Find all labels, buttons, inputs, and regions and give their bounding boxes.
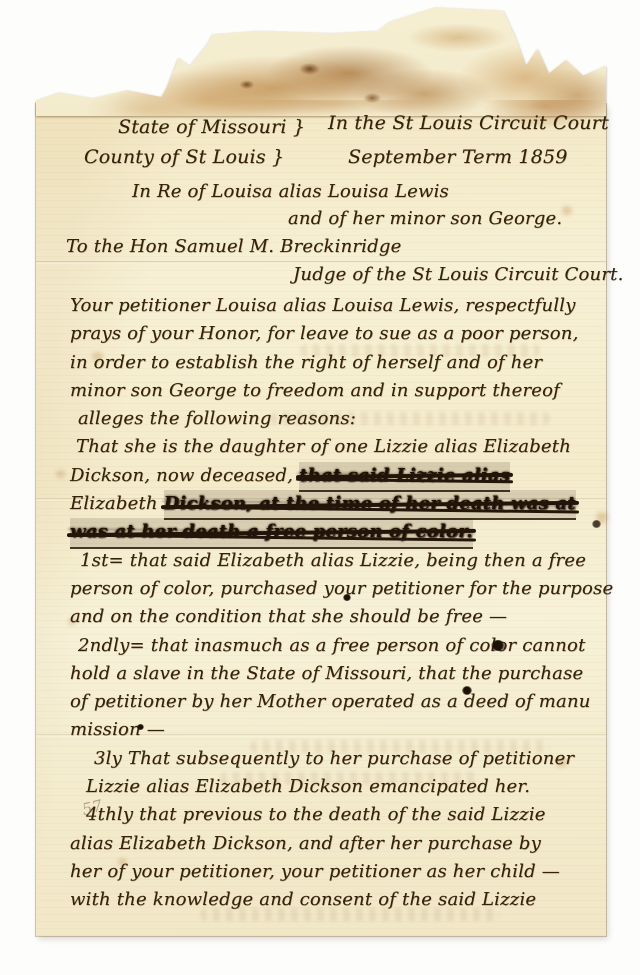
manuscript-line: 2ndly= that inasmuch as a free person of… (70, 632, 592, 660)
petition-body: Your petitioner Louisa alias Louisa Lewi… (70, 292, 592, 915)
manuscript-line: with the knowledge and consent of the sa… (70, 886, 592, 914)
struck-text: Dickson, at the time of her death was at (164, 490, 576, 520)
ink-blot (137, 724, 144, 730)
line-text: Elizabeth (70, 493, 164, 514)
manuscript-line: Dickson, now deceased, that said Lizzie … (70, 462, 592, 490)
document-scan: State of Missouri } In the St Louis Circ… (0, 0, 640, 975)
line-text: Dickson, now deceased, (70, 465, 299, 486)
ink-blot (462, 686, 472, 695)
torn-edge-stain (36, 4, 606, 116)
manuscript-line: in order to establish the right of herse… (70, 349, 592, 377)
manuscript-line: was at her death a free person of color. (70, 518, 592, 546)
heading-term: September Term 1859 (348, 146, 568, 168)
ink-blot (491, 640, 505, 651)
manuscript-line: hold a slave in the State of Missouri, t… (70, 660, 592, 688)
manuscript-line: alleges the following reasons: (70, 405, 592, 433)
torn-edge (36, 4, 606, 116)
struck-text: that said Lizzie alias (299, 462, 510, 492)
manuscript-line: 4thly that previous to the death of the … (70, 801, 592, 829)
ink-blot (592, 520, 601, 528)
manuscript-line: her of your petitioner, your petitioner … (70, 858, 592, 886)
heading-county: County of St Louis } (84, 146, 284, 168)
caption-in-re: In Re of Louisa alias Louisa Lewis (132, 181, 449, 202)
ink-blot (343, 594, 351, 601)
heading-court: In the St Louis Circuit Court (328, 112, 609, 134)
struck-text: was at her death a free person of color. (70, 518, 473, 548)
manuscript-line: 3ly That subsequently to her purchase of… (70, 745, 592, 773)
manuscript-line: 1st= that said Elizabeth alias Lizzie, b… (70, 547, 592, 575)
manuscript-line: Lizzie alias Elizabeth Dickson emancipat… (70, 773, 592, 801)
manuscript-line: of petitioner by her Mother operated as … (70, 688, 592, 716)
salutation-addressee: To the Hon Samuel M. Breckinridge (66, 236, 401, 257)
manuscript-line: Your petitioner Louisa alias Louisa Lewi… (70, 292, 592, 320)
manuscript-line: minor son George to freedom and in suppo… (70, 377, 592, 405)
manuscript-line: That she is the daughter of one Lizzie a… (70, 433, 592, 461)
manuscript-line: and on the condition that she should be … (70, 603, 592, 631)
foxing-spot (56, 470, 65, 478)
salutation-judge: Judge of the St Louis Circuit Court. (293, 264, 624, 285)
heading-state: State of Missouri } (118, 116, 305, 138)
manuscript-line: prays of your Honor, for leave to sue as… (70, 320, 592, 348)
manuscript-line: alias Elizabeth Dickson, and after her p… (70, 830, 592, 858)
manuscript-line: person of color, purchased your petition… (70, 575, 592, 603)
foxing-spot (562, 206, 572, 215)
caption-minor-son: and of her minor son George. (288, 208, 562, 229)
manuscript-line: Elizabeth Dickson, at the time of her de… (70, 490, 592, 518)
manuscript-line: mission — (70, 716, 592, 744)
